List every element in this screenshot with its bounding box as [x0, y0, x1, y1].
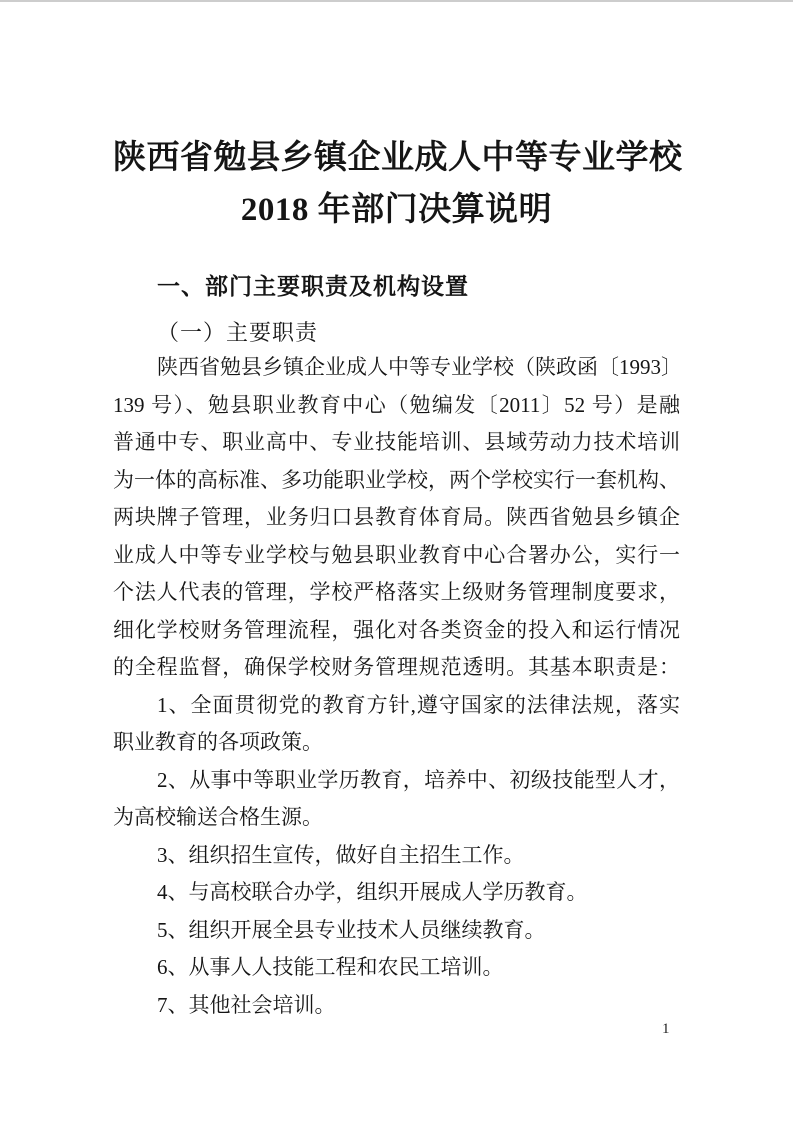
body-line: 普通中专、职业高中、专业技能培训、县域劳动力技术培训 — [113, 424, 680, 462]
body-line: 为高校输送合格生源。 — [113, 799, 680, 837]
body-line-item-3: 3、组织招生宣传，做好自主招生工作。 — [113, 837, 680, 875]
body-line-item-4: 4、与高校联合办学，组织开展成人学历教育。 — [113, 874, 680, 912]
body-line: 139 号）、勉县职业教育中心（勉编发〔2011〕52 号）是融 — [113, 387, 680, 425]
body-line: 细化学校财务管理流程，强化对各类资金的投入和运行情况 — [113, 612, 680, 650]
body-text-block: 陕西省勉县乡镇企业成人中等专业学校（陕政函〔1993〕 139 号）、勉县职业教… — [113, 349, 680, 1024]
body-line-item-5: 5、组织开展全县专业技术人员继续教育。 — [113, 912, 680, 950]
document-title-line-2: 2018 年部门决算说明 — [113, 188, 680, 232]
body-line: 的全程监督，确保学校财务管理规范透明。其基本职责是： — [113, 649, 680, 687]
section-heading: 一、部门主要职责及机构设置 — [113, 268, 680, 301]
body-line: 个法人代表的管理，学校严格落实上级财务管理制度要求， — [113, 574, 680, 612]
body-line: 陕西省勉县乡镇企业成人中等专业学校（陕政函〔1993〕 — [113, 349, 680, 387]
scan-artifact-top-edge — [0, 0, 793, 2]
body-line-item-2: 2、从事中等职业学历教育，培养中、初级技能型人才， — [113, 762, 680, 800]
body-line: 职业教育的各项政策。 — [113, 724, 680, 762]
body-line: 两块牌子管理，业务归口县教育体育局。陕西省勉县乡镇企 — [113, 499, 680, 537]
body-line: 业成人中等专业学校与勉县职业教育中心合署办公，实行一 — [113, 537, 680, 575]
body-line-item-6: 6、从事人人技能工程和农民工培训。 — [113, 949, 680, 987]
body-line-item-7: 7、其他社会培训。 — [113, 987, 680, 1025]
body-line: 为一体的高标准、多功能职业学校，两个学校实行一套机构、 — [113, 462, 680, 500]
document-page: 陕西省勉县乡镇企业成人中等专业学校 2018 年部门决算说明 一、部门主要职责及… — [0, 0, 793, 1122]
page-number: 1 — [662, 1021, 670, 1038]
section-subheading: （一）主要职责 — [113, 316, 680, 347]
body-line-item-1: 1、全面贯彻党的教育方针,遵守国家的法律法规，落实 — [113, 687, 680, 725]
document-title-line-1: 陕西省勉县乡镇企业成人中等专业学校 — [113, 136, 680, 180]
